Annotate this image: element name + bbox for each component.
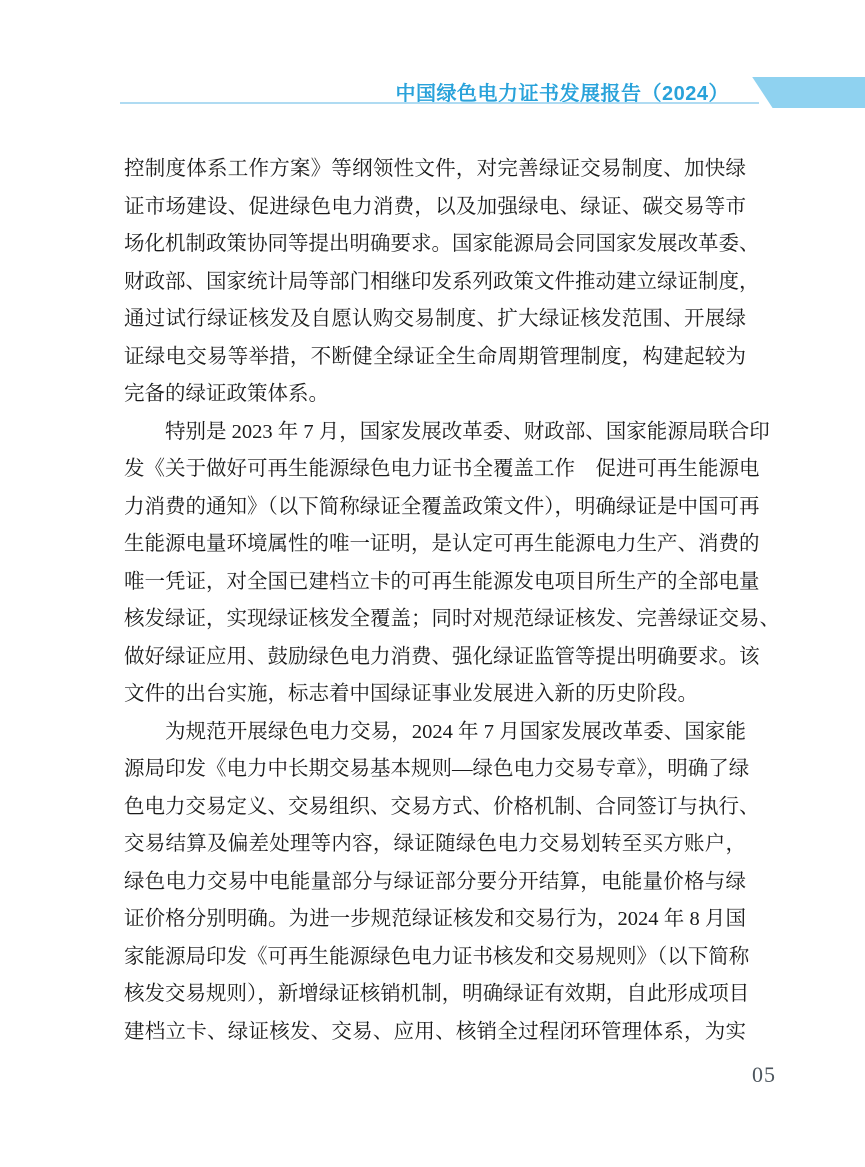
page-number: 05 bbox=[752, 1062, 776, 1088]
paragraph-2-line: 唯一凭证，对全国已建档立卡的可再生能源发电项目所生产的全部电量 bbox=[124, 564, 746, 602]
paragraph-3-line: 为规范开展绿色电力交易，2024 年 7 月国家发展改革委、国家能 bbox=[124, 714, 746, 752]
paragraph-2-line: 做好绿证应用、鼓励绿色电力消费、强化绿证监管等提出明确要求。该 bbox=[124, 639, 746, 677]
paragraph-1-line: 完备的绿证政策体系。 bbox=[124, 376, 746, 414]
paragraph-3-line: 源局印发《电力中长期交易基本规则—绿色电力交易专章》，明确了绿 bbox=[124, 751, 746, 789]
paragraph-1-line: 通过试行绿证核发及自愿认购交易制度、扩大绿证核发范围、开展绿 bbox=[124, 301, 746, 339]
paragraph-2-line: 力消费的通知》（以下简称绿证全覆盖政策文件），明确绿证是中国可再 bbox=[124, 489, 746, 527]
paragraph-3-line: 家能源局印发《可再生能源绿色电力证书核发和交易规则》（以下简称 bbox=[124, 939, 746, 977]
paragraph-3-line: 交易结算及偏差处理等内容，绿证随绿色电力交易划转至买方账户， bbox=[124, 826, 746, 864]
paragraph-1-line: 证绿电交易等举措，不断健全绿证全生命周期管理制度，构建起较为 bbox=[124, 339, 746, 377]
paragraph-3-line: 绿色电力交易中电能量部分与绿证部分要分开结算，电能量价格与绿 bbox=[124, 864, 746, 902]
paragraph-2-line: 发《关于做好可再生能源绿色电力证书全覆盖工作 促进可再生能源电 bbox=[124, 451, 746, 489]
paragraph-2-line: 文件的出台实施，标志着中国绿证事业发展进入新的历史阶段。 bbox=[124, 676, 746, 714]
paragraph-3-line: 证价格分别明确。为进一步规范绿证核发和交易行为，2024 年 8 月国 bbox=[124, 901, 746, 939]
body-text-block: 控制度体系工作方案》等纲领性文件，对完善绿证交易制度、加快绿 证市场建设、促进绿… bbox=[124, 151, 746, 1051]
paragraph-1-line: 控制度体系工作方案》等纲领性文件，对完善绿证交易制度、加快绿 bbox=[124, 151, 746, 189]
paragraph-2-line: 生能源电量环境属性的唯一证明，是认定可再生能源电力生产、消费的 bbox=[124, 526, 746, 564]
paragraph-1-line: 财政部、国家统计局等部门相继印发系列政策文件推动建立绿证制度， bbox=[124, 264, 746, 302]
paragraph-3-line: 核发交易规则），新增绿证核销机制，明确绿证有效期，自此形成项目 bbox=[124, 976, 746, 1014]
paragraph-1-line: 场化机制政策协同等提出明确要求。国家能源局会同国家发展改革委、 bbox=[124, 226, 746, 264]
paragraph-2-line: 核发绿证，实现绿证核发全覆盖；同时对规范绿证核发、完善绿证交易、 bbox=[124, 601, 746, 639]
paragraph-3-line: 色电力交易定义、交易组织、交易方式、价格机制、合同签订与执行、 bbox=[124, 789, 746, 827]
header-ribbon-shape bbox=[745, 77, 865, 108]
header-underline-rule bbox=[120, 102, 759, 104]
paragraph-3-line: 建档立卡、绿证核发、交易、应用、核销全过程闭环管理体系，为实 bbox=[124, 1014, 746, 1052]
paragraph-2-line: 特别是 2023 年 7 月，国家发展改革委、财政部、国家能源局联合印 bbox=[124, 414, 746, 452]
report-page: 中国绿色电力证书发展报告（2024） 控制度体系工作方案》等纲领性文件，对完善绿… bbox=[0, 0, 865, 1167]
paragraph-1-line: 证市场建设、促进绿色电力消费，以及加强绿电、绿证、碳交易等市 bbox=[124, 189, 746, 227]
